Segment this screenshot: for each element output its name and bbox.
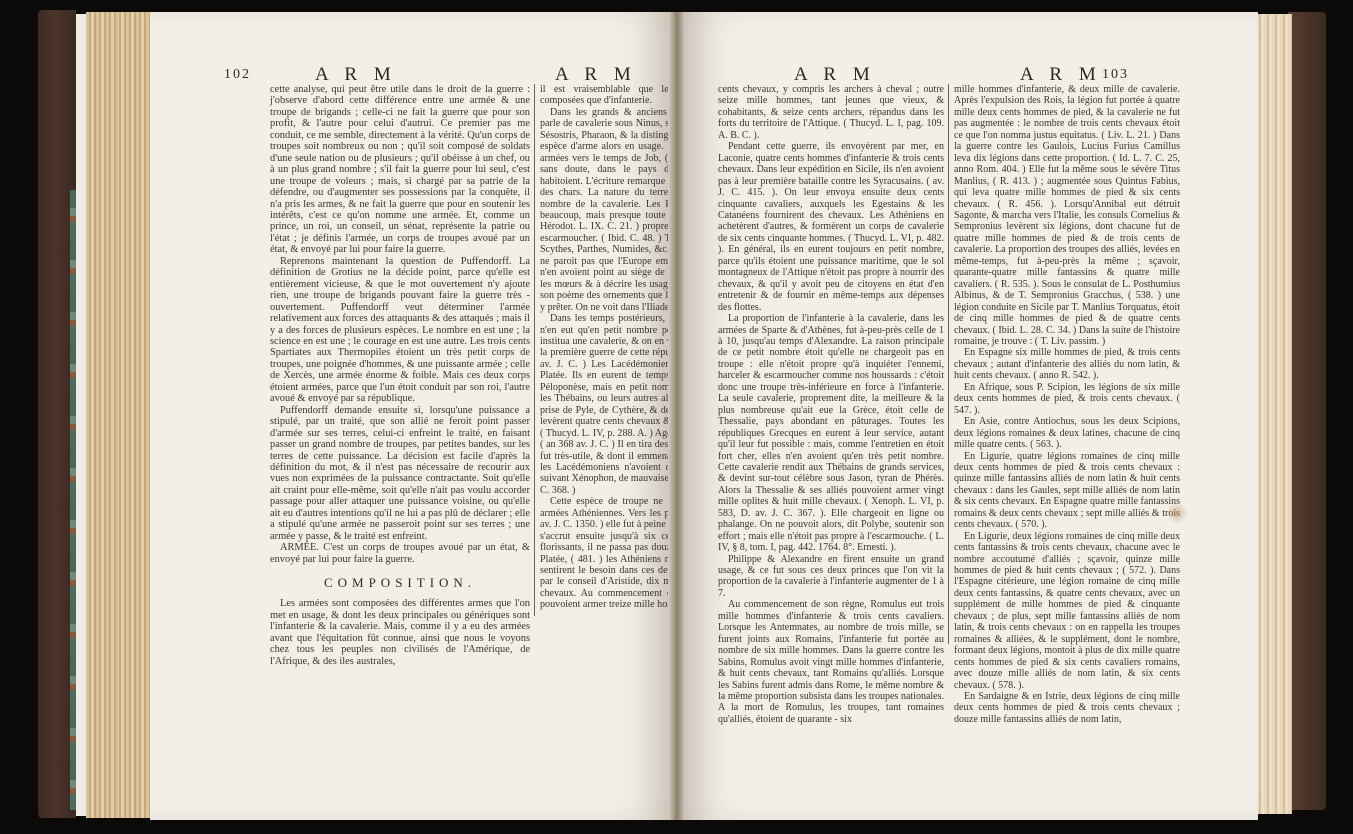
paragraph: En Ligurie, deux légions romaines de cin… <box>954 531 1180 691</box>
running-head-right-col: A R M <box>1020 64 1102 86</box>
foxing-stain <box>1166 502 1188 524</box>
running-head-right-col: A R M <box>555 64 637 86</box>
left-page: 102 A R M A R M cette analyse, qui peut … <box>150 12 670 820</box>
paragraph: Pendant cette guerre, ils envoyèrent par… <box>718 141 944 313</box>
paragraph: Les armées sont composées des différente… <box>270 598 530 667</box>
paragraph: En Asie, contre Antiochus, sous les deux… <box>954 416 1180 450</box>
paragraph: cette analyse, qui peut être utile dans … <box>270 84 530 256</box>
running-head-left-col: A R M <box>794 64 876 86</box>
text-column-1: cette analyse, qui peut être utile dans … <box>270 84 530 667</box>
right-page: A R M A R M 103 cents chevaux, y compris… <box>684 12 1258 820</box>
text-column-4: mille hommes d'infanterie, & deux mille … <box>954 84 1180 725</box>
book-scan: 102 A R M A R M cette analyse, qui peut … <box>0 0 1353 834</box>
paragraph: Au commencement de son règne, Romulus eu… <box>718 599 944 725</box>
paragraph: Philippe & Alexandre en firent ensuite u… <box>718 554 944 600</box>
page-number: 102 <box>224 67 251 83</box>
text-column-3: cents chevaux, y compris les archers à c… <box>718 84 944 725</box>
leather-cover-right <box>1288 12 1326 810</box>
paragraph: cents chevaux, y compris les archers à c… <box>718 84 944 141</box>
page-edges-right <box>1256 14 1292 814</box>
column-rule <box>534 84 535 616</box>
paragraph: Puffendorff demande ensuite si, lorsqu'u… <box>270 405 530 542</box>
column-rule <box>948 84 949 644</box>
paragraph: La proportion de l'infanterie à la caval… <box>718 313 944 554</box>
paragraph: Reprenons maintenant la question de Puff… <box>270 256 530 405</box>
paragraph: mille hommes d'infanterie, & deux mille … <box>954 84 1180 347</box>
paragraph: En Sardaigne & en Istrie, deux légions d… <box>954 691 1180 725</box>
paragraph: ARMÉE. C'est un corps de troupes avoué p… <box>270 542 530 565</box>
paragraph: En Espagne six mille hommes de pied, & t… <box>954 347 1180 381</box>
paragraph: En Ligurie, quatre légions romaines de c… <box>954 451 1180 531</box>
page-edges-left <box>86 12 150 818</box>
page-number: 103 <box>1102 67 1129 83</box>
paragraph: En Afrique, sous P. Scipion, les légions… <box>954 382 1180 416</box>
running-head-left-col: A R M <box>315 64 397 86</box>
section-heading: COMPOSITION. <box>270 577 530 588</box>
